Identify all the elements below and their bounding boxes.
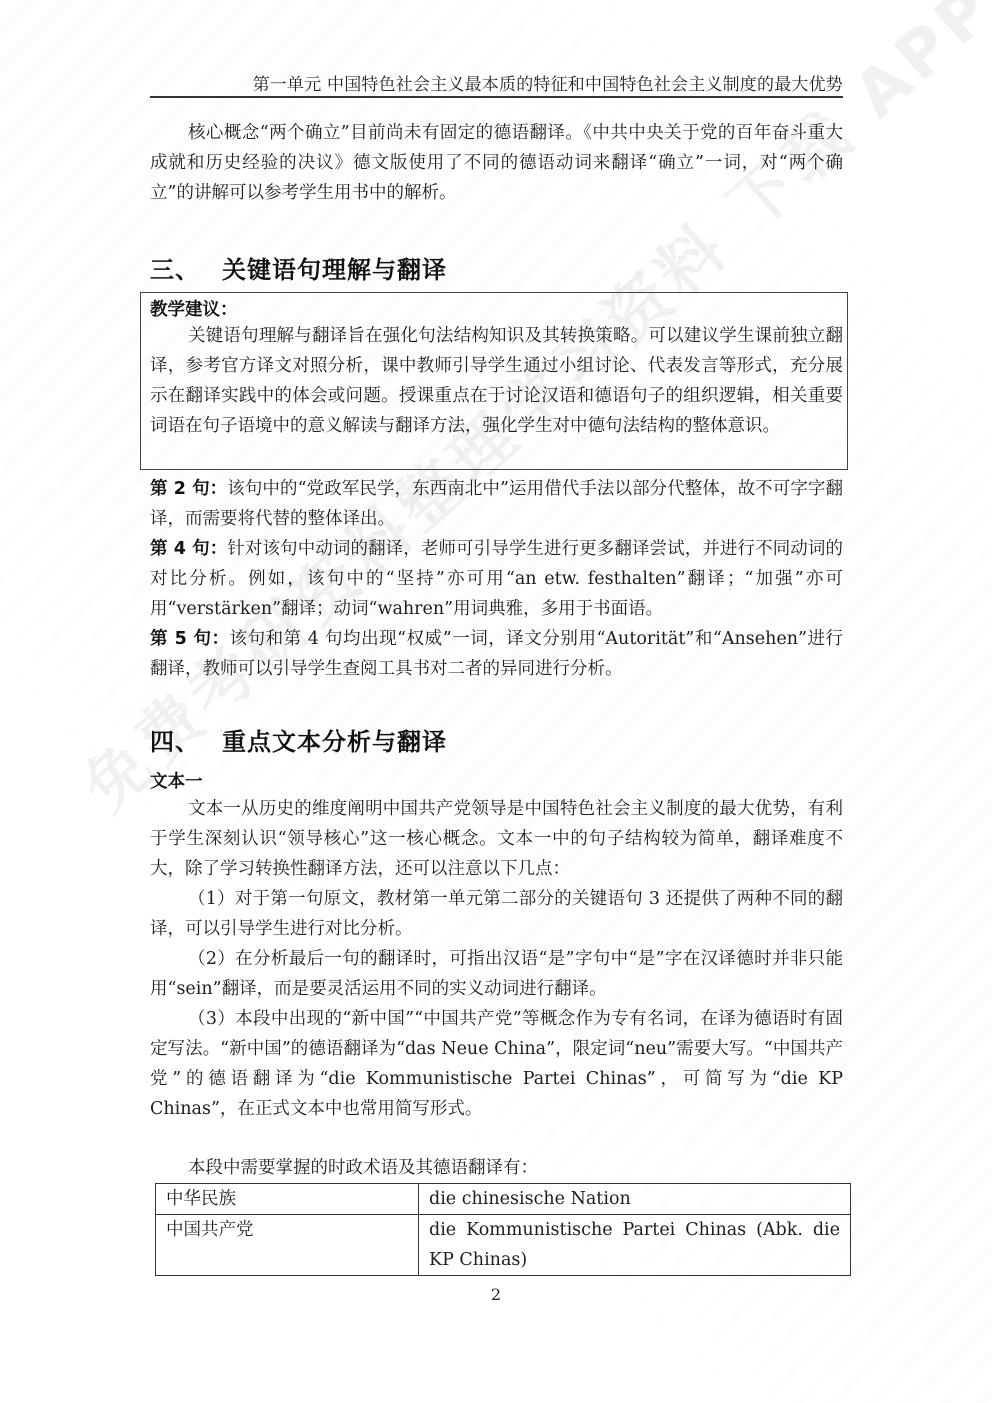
terms-table: 中华民族 die chinesische Nation 中国共产党 die Ko… [155,1183,851,1276]
note-sentence-5: 第 5 句：该句和第 4 句均出现“权威”一词，译文分别用“Autorität”… [150,624,843,684]
section-3-heading: 三、关键语句理解与翻译 [150,250,447,285]
note-text: 该句和第 4 句均出现“权威”一词，译文分别用“Autorität”和“Anse… [150,629,843,679]
note-label: 第 5 句： [150,629,230,649]
teaching-suggestion-title: 教学建议： [150,296,238,321]
point-1: （1）对于第一句原文，教材第一单元第二部分的关键语句 3 还提供了两种不同的翻译… [150,884,843,944]
term-zh: 中华民族 [156,1184,419,1215]
section-3-title: 关键语句理解与翻译 [222,256,447,284]
note-text: 针对该句中动词的翻译，老师可引导学生进行更多翻译尝试，并进行不同动词的对比分析。… [150,539,843,619]
intro-paragraph: 核心概念“两个确立”目前尚未有固定的德语翻译。《中共中央关于党的百年奋斗重大成就… [150,118,843,208]
term-zh: 中国共产党 [156,1215,419,1276]
note-sentence-4: 第 4 句：针对该句中动词的翻译，老师可引导学生进行更多翻译尝试，并进行不同动词… [150,534,843,624]
section-4-number: 四、 [150,728,200,756]
note-sentence-2: 第 2 句：该句中的“党政军民学，东西南北中”运用借代手法以部分代整体，故不可字… [150,474,843,534]
section-3-number: 三、 [150,256,200,284]
table-intro: 本段中需要掌握的时政术语及其德语翻译有： [150,1153,843,1183]
point-2: （2）在分析最后一句的翻译时，可指出汉语“是”字句中“是”字在汉译德时并非只能用… [150,944,843,1004]
text-one-subheading: 文本一 [150,768,203,793]
term-de: die chinesische Nation [419,1184,851,1215]
table-row: 中国共产党 die Kommunistische Partei Chinas (… [156,1215,851,1276]
header-rule [150,96,843,98]
note-text: 该句中的“党政军民学，东西南北中”运用借代手法以部分代整体，故不可字字翻译，而需… [150,479,843,529]
text-one-paragraph: 文本一从历史的维度阐明中国共产党领导是中国特色社会主义制度的最大优势，有利于学生… [150,794,843,884]
running-header: 第一单元 中国特色社会主义最本质的特征和中国特色社会主义制度的最大优势 [150,70,843,95]
point-3: （3）本段中出现的“新中国”“中国共产党”等概念作为专有名词，在译为德语时有固定… [150,1004,843,1124]
section-4-title: 重点文本分析与翻译 [222,728,447,756]
document-page: 免费考研资料整理学习资料 下载 APP 第一单元 中国特色社会主义最本质的特征和… [0,0,992,1403]
section-4-heading: 四、重点文本分析与翻译 [150,722,447,757]
term-de: die Kommunistische Partei Chinas (Abk. d… [419,1215,851,1276]
note-label: 第 2 句： [150,479,227,499]
teaching-suggestion-text: 关键语句理解与翻译旨在强化句法结构知识及其转换策略。可以建议学生课前独立翻译，参… [150,321,843,441]
page-number: 2 [0,1285,992,1304]
note-label: 第 4 句： [150,539,227,559]
table-row: 中华民族 die chinesische Nation [156,1184,851,1215]
